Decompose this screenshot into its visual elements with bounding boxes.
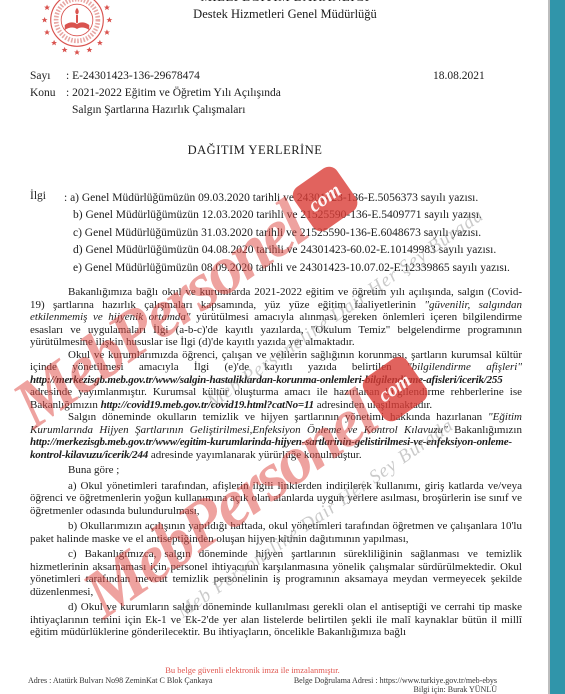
document-body: Bakanlığımıza bağlı okul ve kurumlarda 2… [30,286,522,639]
right-accent-bar [548,0,565,694]
sayi-label: Sayı [30,70,66,82]
sayi-value: E-24301423-136-29678474 [72,70,200,82]
footer-contact: Bilgi için: Burak YÜNLÜ [0,685,497,694]
body-paragraph-8: d) Okul ve kurumların salgın döneminde k… [30,601,522,639]
ilgi-items: : a) Genel Müdürlüğümüzün 09.03.2020 tar… [64,190,510,277]
esignature-notice: Bu belge güvenli elektronik imza ile imz… [0,665,505,675]
ilgi-item-b: b) Genel Müdürlüğümüzün 12.03.2020 tarih… [64,207,510,224]
body-paragraph-6: b) Okullarımızın açılışının yapıldığı ha… [30,520,522,545]
body-paragraph-4: Buna göre ; [30,464,522,477]
ilgi-item-c: c) Genel Müdürlüğümüzün 31.03.2020 tarih… [64,225,510,242]
body-paragraph-1: Bakanlığımıza bağlı okul ve kurumlarda 2… [30,286,522,349]
ilgi-item-d: d) Genel Müdürlüğümüzün 04.08.2020 tarih… [64,242,510,259]
body-paragraph-5: a) Okul yönetimleri tarafından, afişleri… [30,480,522,518]
document-page: MİLLÎ EĞİTİM BAKANLIĞI Destek Hizmetleri… [0,0,565,694]
meb-logo [41,0,113,56]
ilgi-item-e: e) Genel Müdürlüğümüzün 08.09.2020 tarih… [64,260,510,277]
document-date: 18.08.2021 [433,70,485,82]
ilgi-item-a: : a) Genel Müdürlüğümüzün 09.03.2020 tar… [64,190,510,207]
konu-label: Konu [30,87,66,99]
footer-verification-address: Belge Doğrulama Adresi : https://www.tur… [0,676,497,685]
ilgi-label: İlgi [30,190,46,202]
body-paragraph-3: Salgın döneminde okulların temizlik ve h… [30,411,522,461]
konu-value-line2: Salgın Şartlarına Hazırlık Çalışmaları [72,104,245,116]
body-paragraph-2: Okul ve kurumlarımızda öğrenci, çalışan … [30,349,522,412]
meb-seal-icon [41,0,113,56]
distribution-heading: DAĞITIM YERLERİNE [0,143,510,158]
konu-value-line1: 2021-2022 Eğitim ve Öğretim Yılı Açılışı… [72,87,281,99]
sayi-row: Sayı: E-24301423-136-29678474 [30,70,200,82]
sayi-colon: : [66,70,69,82]
konu-row: Konu: 2021-2022 Eğitim ve Öğretim Yılı A… [30,87,281,99]
konu-colon: : [66,87,69,99]
body-paragraph-7: c) Bakanlığımızca, salgın döneminde hijy… [30,548,522,598]
